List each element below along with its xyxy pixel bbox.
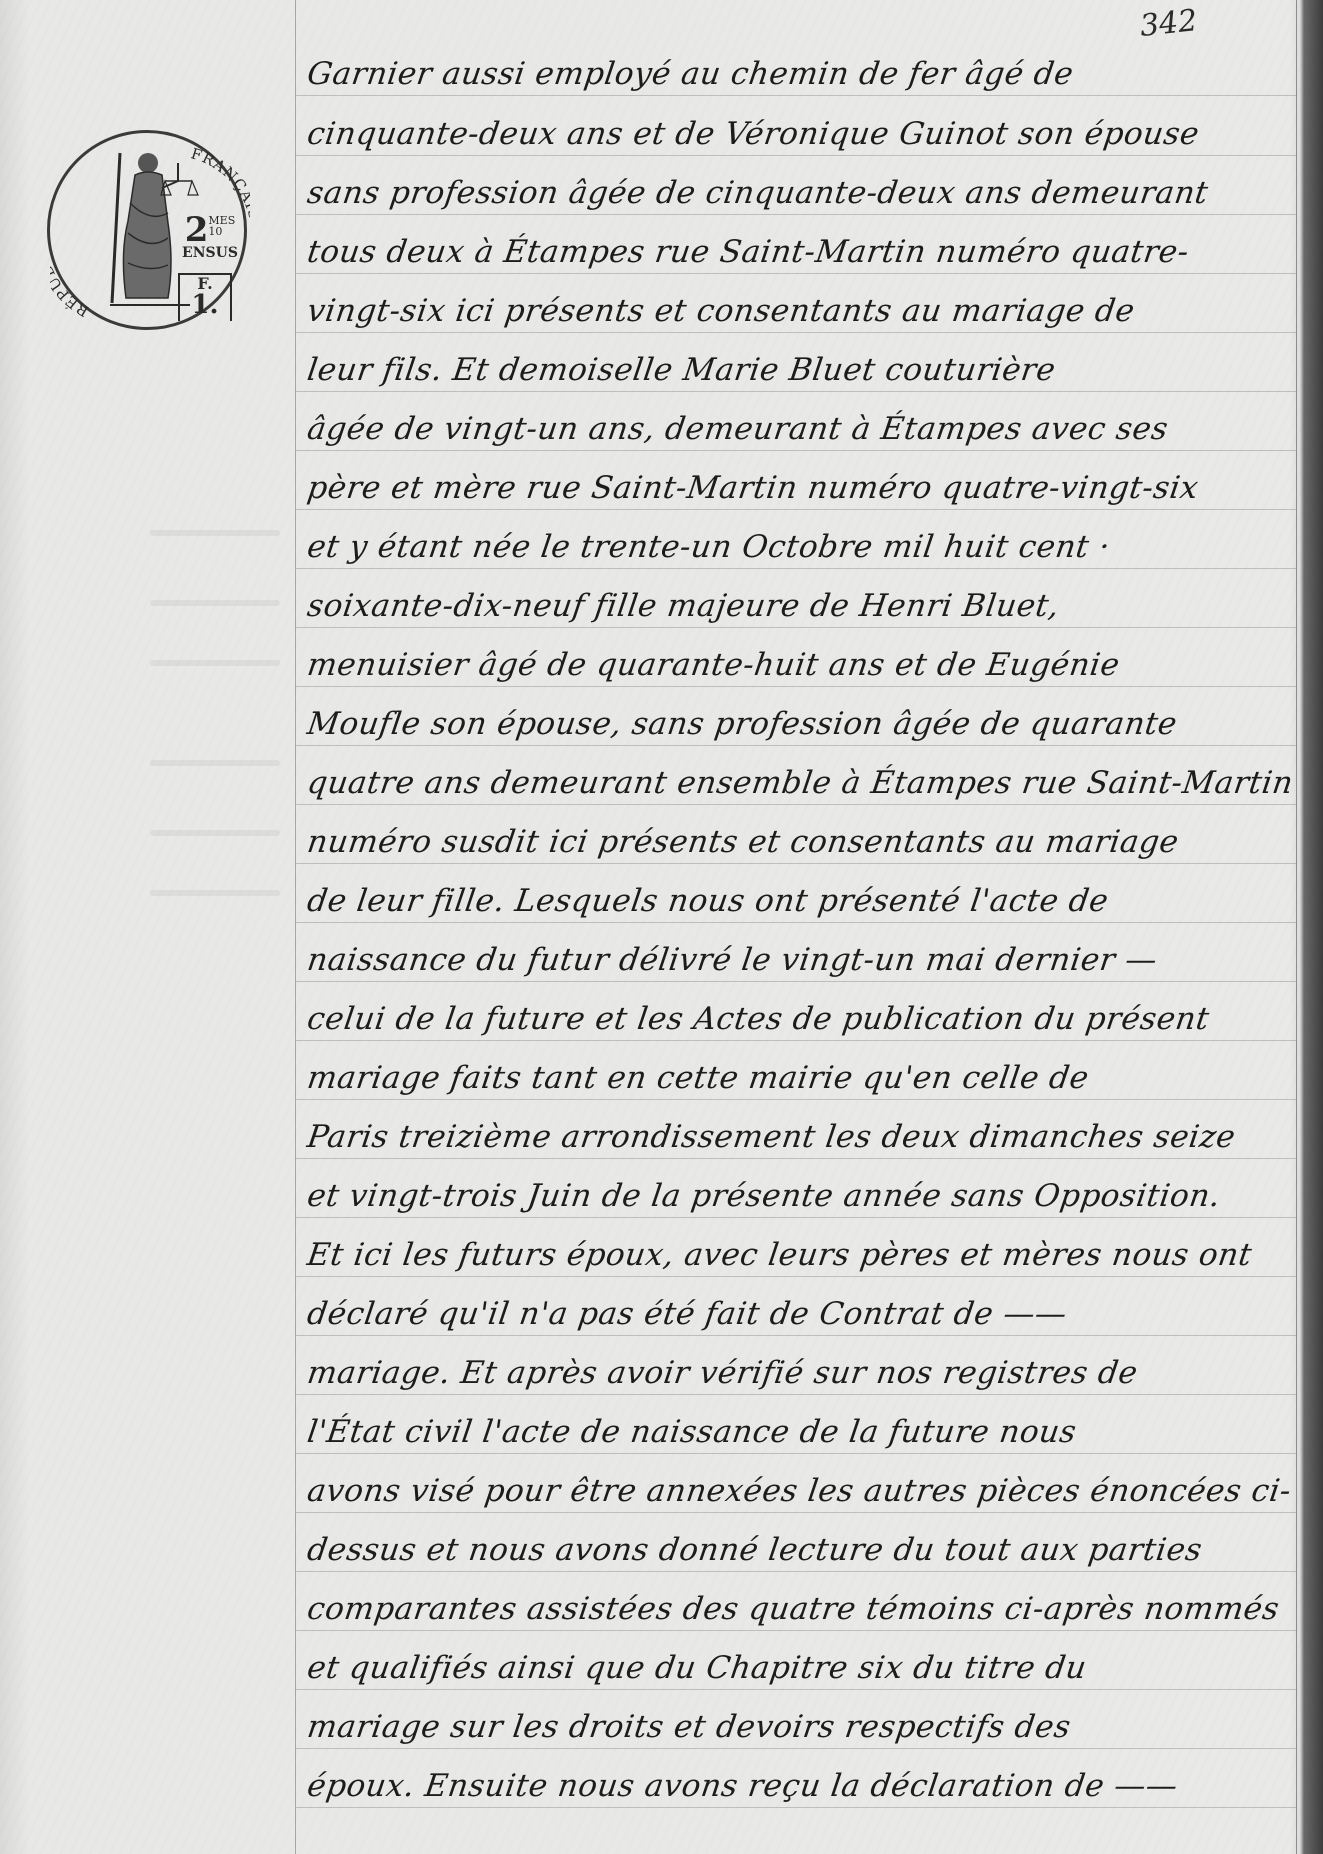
ruled-line bbox=[296, 509, 1296, 510]
ruled-line bbox=[296, 273, 1296, 274]
handwritten-line: leur fils. Et demoiselle Marie Bluet cou… bbox=[305, 352, 1300, 388]
handwritten-line: mariage. Et après avoir vérifié sur nos … bbox=[305, 1355, 1300, 1391]
handwritten-line: numéro susdit ici présents et consentant… bbox=[305, 824, 1300, 860]
bleed-through-mark bbox=[150, 760, 280, 766]
ruled-line bbox=[296, 1040, 1296, 1041]
stamp-value-fraction: 10 bbox=[208, 225, 222, 238]
handwritten-line: mariage faits tant en cette mairie qu'en… bbox=[305, 1060, 1300, 1096]
bleed-through-mark bbox=[150, 530, 280, 536]
bleed-through-mark bbox=[150, 830, 280, 836]
stamp-price-box: F. 1. bbox=[178, 273, 232, 321]
ruled-line bbox=[296, 1512, 1296, 1513]
ruled-line bbox=[296, 568, 1296, 569]
ruled-line bbox=[296, 981, 1296, 982]
ruled-line bbox=[296, 1453, 1296, 1454]
ruled-line bbox=[296, 804, 1296, 805]
ruled-line bbox=[296, 627, 1296, 628]
handwritten-line: celui de la future et les Actes de publi… bbox=[305, 1001, 1300, 1037]
handwritten-line: âgée de vingt-un ans, demeurant à Étampe… bbox=[305, 411, 1300, 447]
stamp-value-label: ENSUS bbox=[180, 245, 240, 261]
ruled-line bbox=[296, 863, 1296, 864]
ruled-line bbox=[296, 922, 1296, 923]
handwritten-line: mariage sur les droits et devoirs respec… bbox=[305, 1709, 1300, 1745]
handwritten-line: vingt-six ici présents et consentants au… bbox=[305, 293, 1300, 329]
ruled-line bbox=[296, 214, 1296, 215]
stamp-box-value: 1. bbox=[180, 293, 230, 317]
ruled-line bbox=[296, 1748, 1296, 1749]
handwritten-line: avons visé pour être annexées les autres… bbox=[305, 1473, 1300, 1509]
handwritten-line: dessus et nous avons donné lecture du to… bbox=[305, 1532, 1300, 1568]
handwritten-line: de leur fille. Lesquels nous ont présent… bbox=[305, 883, 1300, 919]
stamp-value-main: 2 bbox=[185, 210, 209, 250]
ruled-line bbox=[296, 155, 1296, 156]
folio-number: 342 bbox=[1138, 3, 1199, 44]
ruled-line bbox=[296, 745, 1296, 746]
ruled-line bbox=[296, 1158, 1296, 1159]
ruled-line bbox=[296, 1099, 1296, 1100]
handwritten-line: quatre ans demeurant ensemble à Étampes … bbox=[305, 765, 1300, 801]
ruled-line bbox=[296, 95, 1296, 96]
ruled-line bbox=[296, 1571, 1296, 1572]
handwritten-line: sans profession âgée de cinquante-deux a… bbox=[305, 175, 1300, 211]
svg-text:RÉPUBLIQUE: RÉPUBLIQUE bbox=[50, 204, 92, 320]
handwritten-line: Garnier aussi employé au chemin de fer â… bbox=[305, 56, 1300, 92]
handwritten-line: Paris treizième arrondissement les deux … bbox=[305, 1119, 1300, 1155]
ruled-line bbox=[296, 1217, 1296, 1218]
ruled-line bbox=[296, 686, 1296, 687]
handwritten-line: cinquante-deux ans et de Véronique Guino… bbox=[305, 116, 1300, 152]
revenue-stamp: RÉPUBLIQUE FRANÇAISE 2MES10 ENSUS F. 1. bbox=[47, 130, 247, 330]
right-margin-rule bbox=[1296, 0, 1297, 1854]
handwritten-line: comparantes assistées des quatre témoins… bbox=[305, 1591, 1300, 1627]
handwritten-line: soixante-dix-neuf fille majeure de Henri… bbox=[305, 588, 1300, 624]
ruled-line bbox=[296, 391, 1296, 392]
handwritten-line: menuisier âgé de quarante-huit ans et de… bbox=[305, 647, 1300, 683]
bleed-through-mark bbox=[150, 890, 280, 896]
ruled-line bbox=[296, 1807, 1296, 1808]
handwritten-line: naissance du futur délivré le vingt-un m… bbox=[305, 942, 1300, 978]
handwritten-line: déclaré qu'il n'a pas été fait de Contra… bbox=[305, 1296, 1300, 1332]
handwritten-line: et vingt-trois Juin de la présente année… bbox=[305, 1178, 1300, 1214]
stamp-legend-left: RÉPUBLIQUE bbox=[50, 204, 92, 320]
handwritten-line: époux. Ensuite nous avons reçu la déclar… bbox=[305, 1768, 1300, 1804]
bleed-through-mark bbox=[150, 600, 280, 606]
stamp-denomination: 2MES10 ENSUS bbox=[180, 215, 240, 261]
ruled-line bbox=[296, 332, 1296, 333]
ruled-line bbox=[296, 1394, 1296, 1395]
ruled-line bbox=[296, 1335, 1296, 1336]
handwritten-line: et qualifiés ainsi que du Chapitre six d… bbox=[305, 1650, 1300, 1686]
ruled-line bbox=[296, 1689, 1296, 1690]
ruled-line bbox=[296, 450, 1296, 451]
handwritten-line: Moufle son épouse, sans profession âgée … bbox=[305, 706, 1300, 742]
handwritten-line: père et mère rue Saint-Martin numéro qua… bbox=[305, 470, 1300, 506]
handwritten-line: et y étant née le trente-un Octobre mil … bbox=[305, 529, 1300, 565]
handwritten-line: tous deux à Étampes rue Saint-Martin num… bbox=[305, 234, 1300, 270]
ruled-line bbox=[296, 1276, 1296, 1277]
left-margin-rule bbox=[295, 0, 296, 1854]
register-page: 342 RÉPUBLIQUE FRANÇAISE 2MES10 bbox=[0, 0, 1323, 1854]
bleed-through-mark bbox=[150, 660, 280, 666]
handwritten-line: Et ici les futurs époux, avec leurs père… bbox=[305, 1237, 1300, 1273]
handwritten-line: l'État civil l'acte de naissance de la f… bbox=[305, 1414, 1300, 1450]
ruled-line bbox=[296, 1630, 1296, 1631]
